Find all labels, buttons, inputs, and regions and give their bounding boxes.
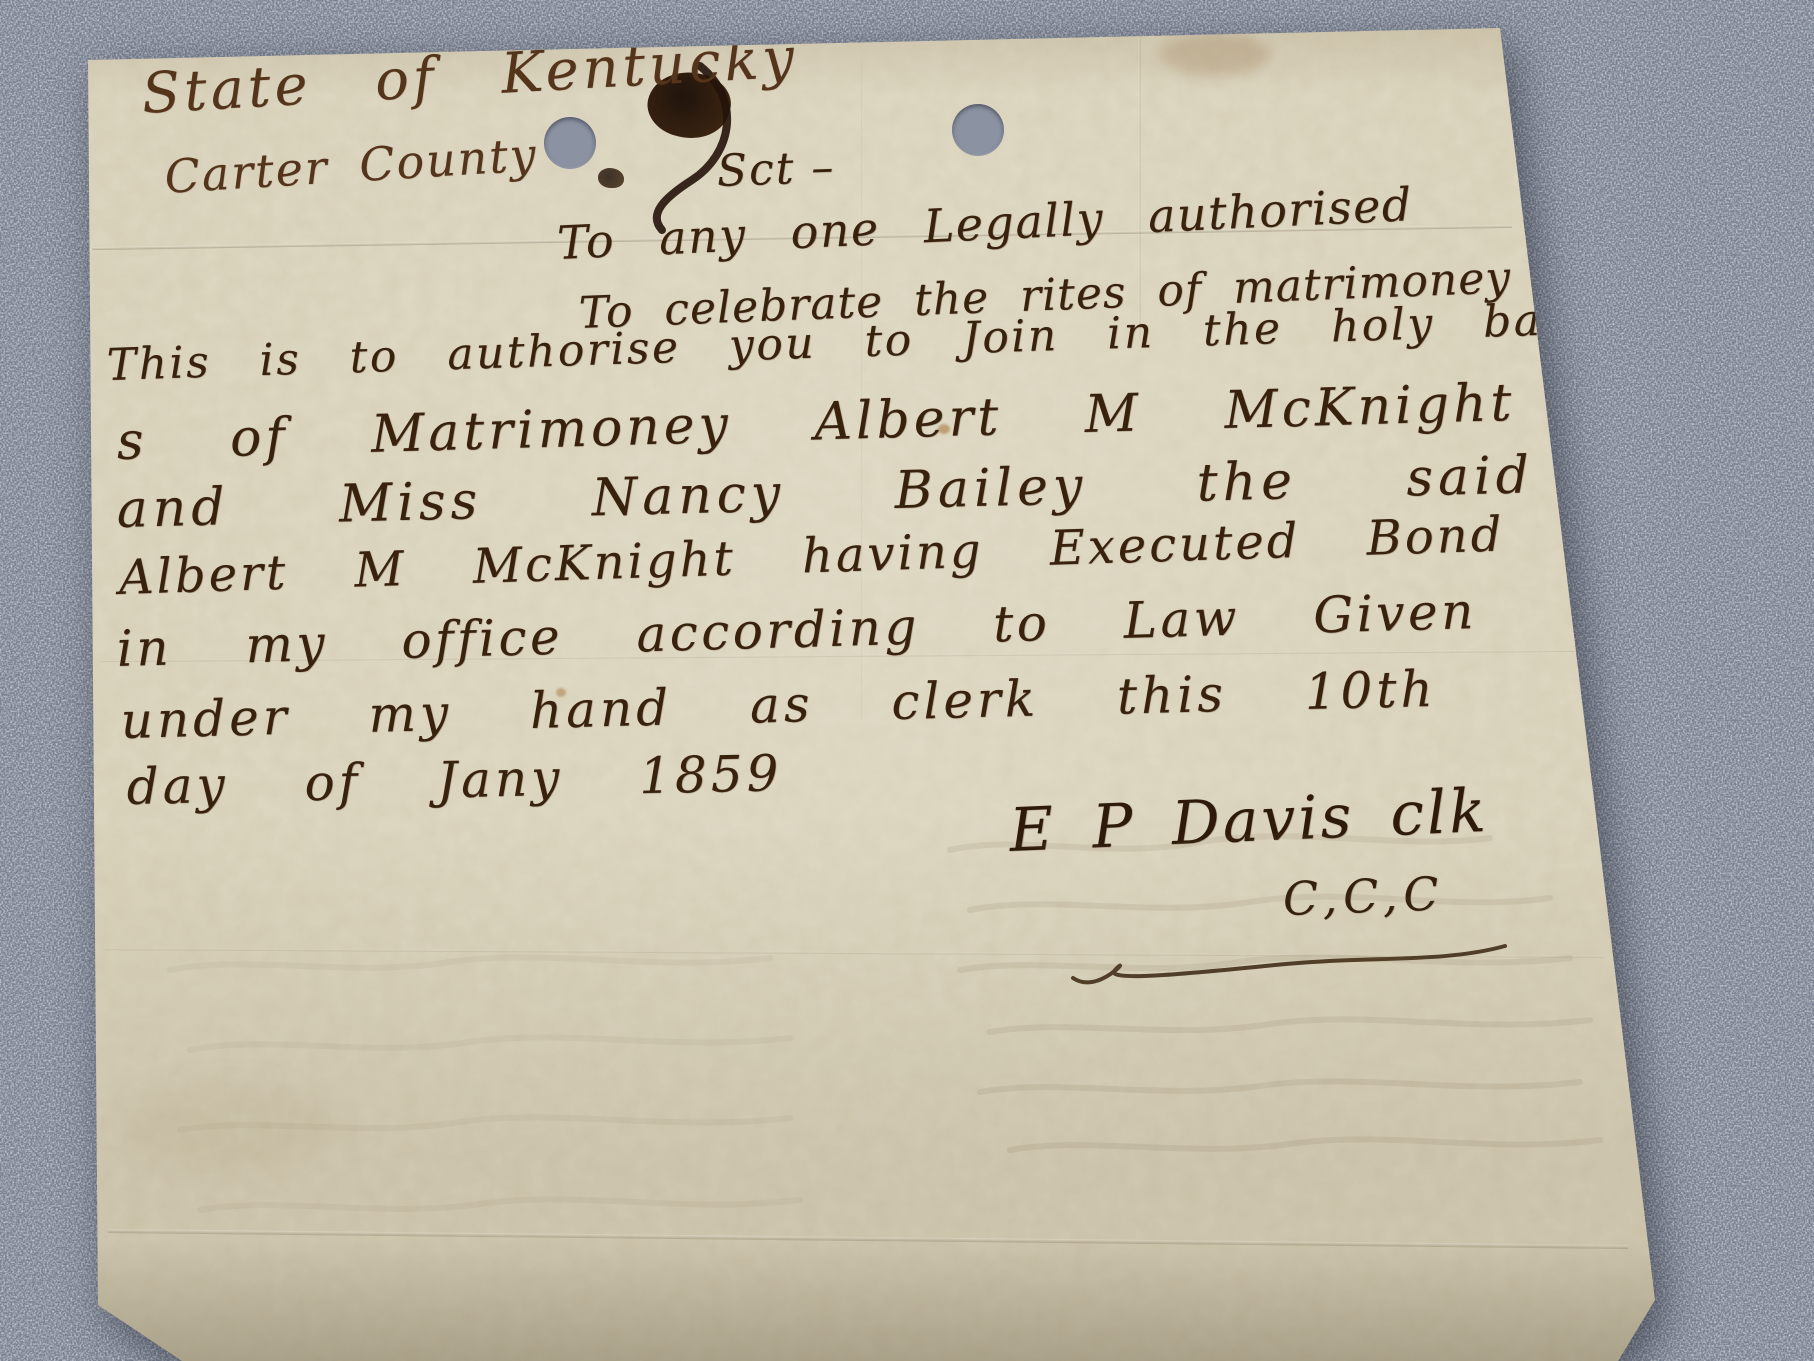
jurat-abbreviation: Sct – — [716, 142, 836, 197]
signature-suffix: C,C,C — [1282, 866, 1445, 926]
document-paper: State of Kentucky Carter County Sct – To… — [0, 0, 1814, 1361]
punch-hole — [952, 104, 1004, 156]
punch-hole — [544, 117, 596, 169]
ink-blot — [598, 168, 624, 188]
photograph-of-document: State of Kentucky Carter County Sct – To… — [0, 0, 1814, 1361]
